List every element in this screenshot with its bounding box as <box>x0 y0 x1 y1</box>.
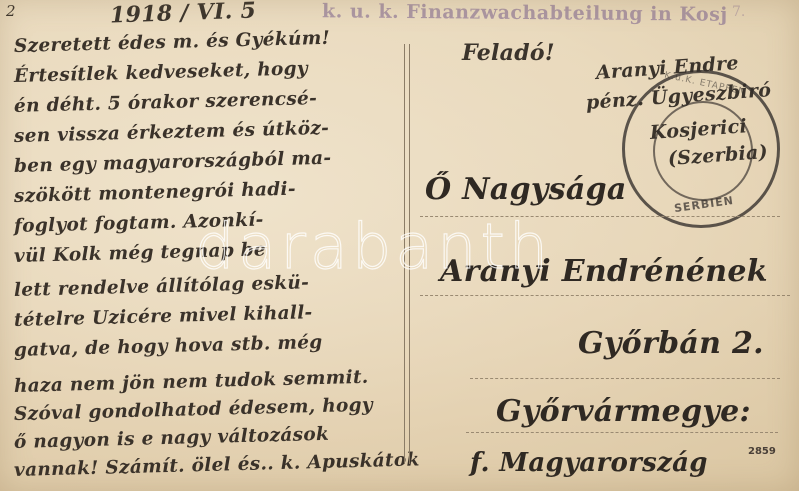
address-line <box>466 432 778 433</box>
address-line <box>470 378 780 379</box>
censor-stamp-tail: 7. <box>732 4 745 20</box>
message-line: Szóval gondolhatod édesem, hogy <box>14 395 373 425</box>
corner-mark: 2 <box>6 2 16 20</box>
recipient-title: Ő Nagysága <box>425 172 627 207</box>
message-line: ő nagyon is e nagy változások <box>14 424 330 453</box>
postmark-top-text: K.u.K. ETAPPEN <box>655 69 755 100</box>
watermark: darabanth <box>195 210 552 283</box>
message-line: ben egy magyarországból ma- <box>14 148 332 177</box>
recipient-county: Győrvármegye: <box>496 394 751 429</box>
sender-label: Feladó! <box>462 40 555 66</box>
recipient-country: f. Magyarország <box>470 448 708 478</box>
card-number: 2859 <box>748 446 776 457</box>
postmark-stamp: K.u.K. ETAPPEN SERBIEN <box>622 70 780 228</box>
postmark-inner-ring <box>653 101 753 201</box>
address-line <box>420 295 790 296</box>
message-line: haza nem jön nem tudok semmit. <box>14 367 369 397</box>
message-line: szökött montenegrói hadi- <box>14 179 296 207</box>
message-line: sen vissza érkeztem és útköz- <box>14 118 330 147</box>
message-line: Szeretett édes m. és Gyékúm! <box>14 28 331 57</box>
postcard: 2 1918 / VI. 5 k. u. k. Finanzwachabteil… <box>0 0 799 491</box>
censor-stamp: k. u. k. Finanzwachabteilung in Kosj <box>322 0 728 26</box>
date-handwritten: 1918 / VI. 5 <box>110 0 257 29</box>
message-line: gatva, de hogy hova stb. még <box>14 332 323 361</box>
recipient-street: Győrbán 2. <box>578 326 764 361</box>
message-line: én déht. 5 órakor szerencsé- <box>14 88 318 117</box>
message-line: tételre Uzicére mivel kihall- <box>14 302 313 331</box>
message-line: vannak! Számít. ölel és.. k. Apuskátok <box>14 449 420 481</box>
message-line: Értesítlek kedveseket, hogy <box>14 58 308 87</box>
